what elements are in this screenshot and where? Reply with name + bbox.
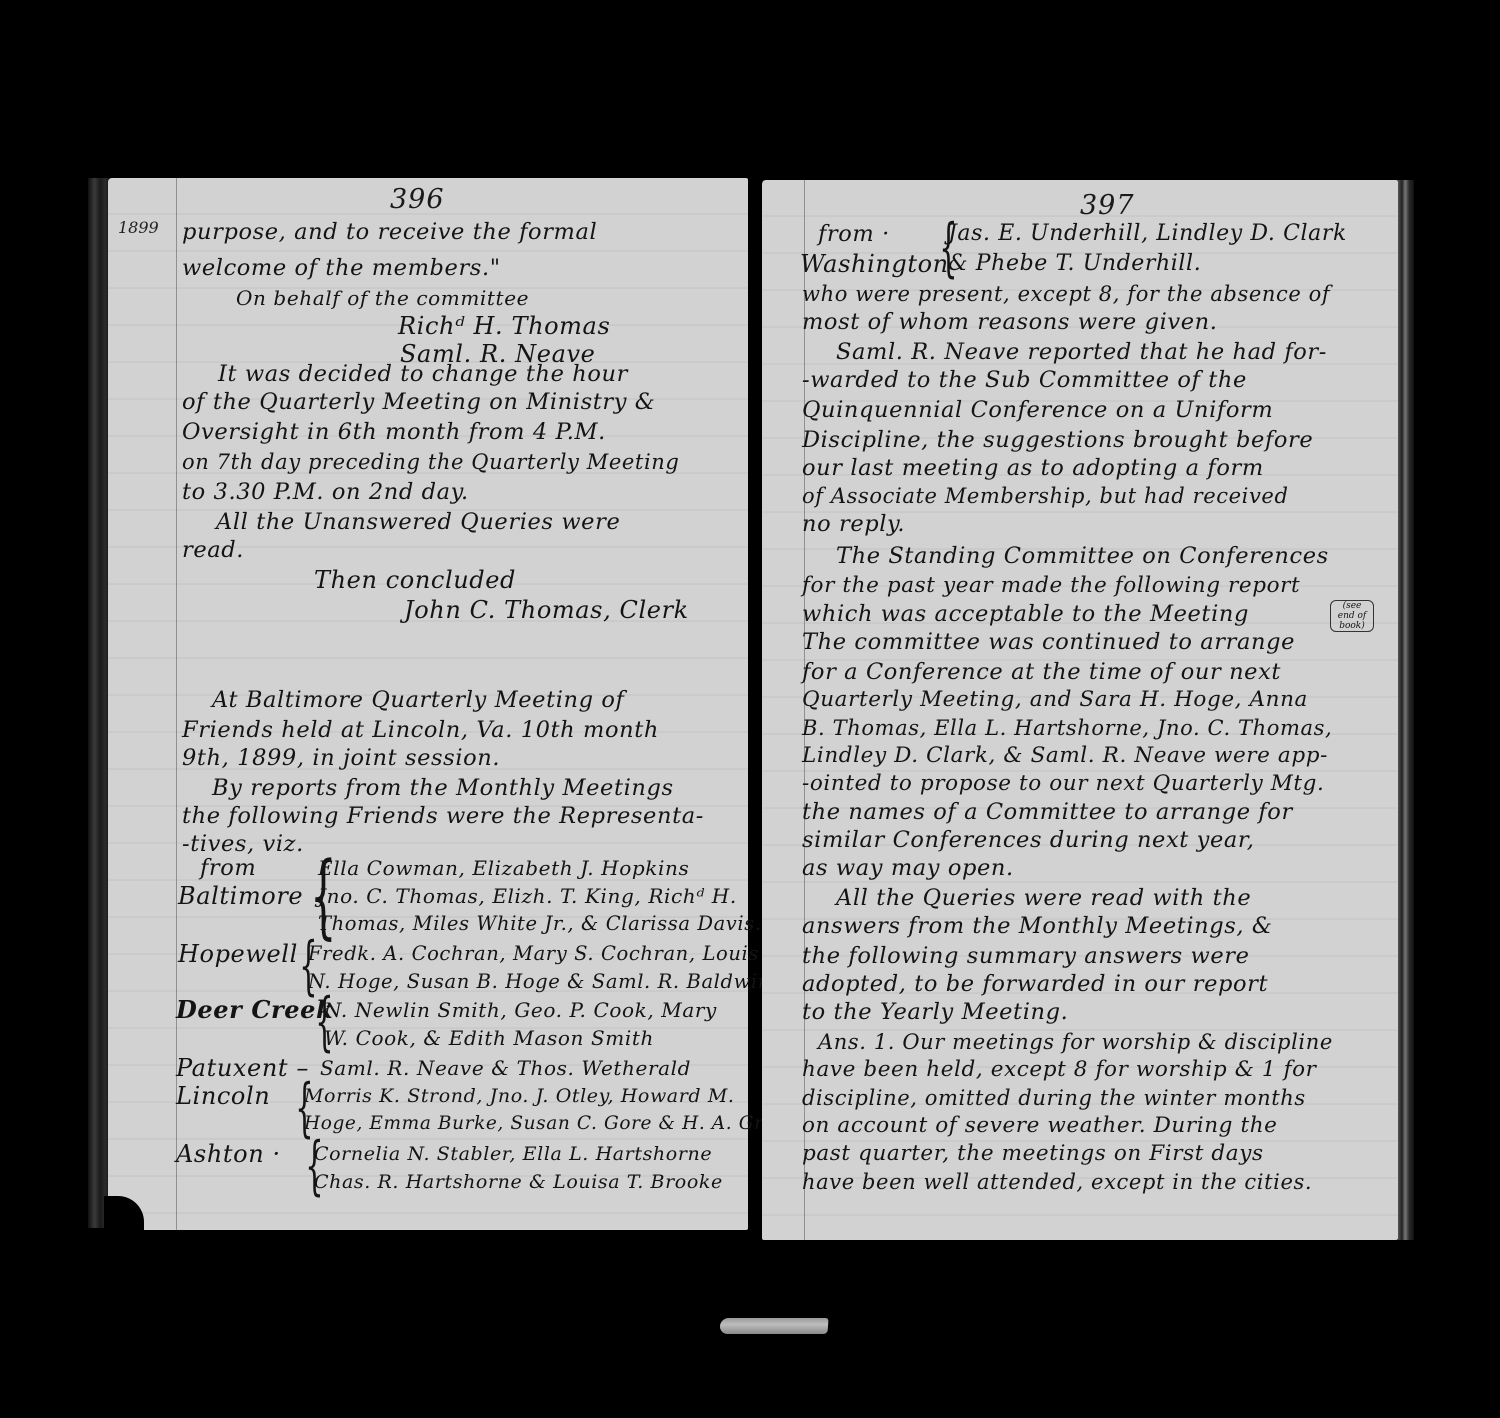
text-line: for a Conference at the time of our next bbox=[802, 658, 1281, 686]
page-corner-wear bbox=[104, 1196, 144, 1232]
text-line: The committee was continued to arrange bbox=[802, 628, 1295, 656]
representative-names: Jno. C. Thomas, Elizh. T. King, Richᵈ H. bbox=[318, 882, 737, 910]
text-line: the names of a Committee to arrange for bbox=[802, 798, 1293, 826]
text-line: on account of severe weather. During the bbox=[802, 1112, 1277, 1140]
text-line: All the Queries were read with the bbox=[836, 884, 1251, 912]
text-line: welcome of the members." bbox=[182, 254, 501, 282]
signature: Richᵈ H. Thomas bbox=[398, 312, 610, 340]
text-line: discipline, omitted during the winter mo… bbox=[802, 1084, 1306, 1112]
text-line: Quinquennial Conference on a Uniform bbox=[802, 396, 1273, 424]
text-line: 9th, 1899, in joint session. bbox=[182, 744, 500, 772]
text-line: -warded to the Sub Committee of the bbox=[802, 366, 1247, 394]
text-line: have been well attended, except in the c… bbox=[802, 1168, 1312, 1196]
left-book-edge bbox=[88, 178, 110, 1228]
left-page: 396 1899 purpose, and to receive the for… bbox=[108, 178, 748, 1230]
text-line: B. Thomas, Ella L. Hartshorne, Jno. C. T… bbox=[802, 714, 1332, 742]
right-page: 397 from · Washington { Jas. E. Underhil… bbox=[762, 180, 1398, 1240]
text-line: who were present, except 8, for the abse… bbox=[802, 280, 1330, 308]
text-line: Lindley D. Clark, & Saml. R. Neave were … bbox=[802, 742, 1328, 770]
representative-names: Jas. E. Underhill, Lindley D. Clark bbox=[948, 220, 1347, 248]
right-book-edge bbox=[1398, 180, 1414, 1240]
text-line: On behalf of the committee bbox=[236, 284, 529, 312]
representative-names: Hoge, Emma Burke, Susan C. Gore & H. A. … bbox=[304, 1110, 800, 1138]
signature: John C. Thomas, Clerk bbox=[404, 596, 689, 624]
text-line: Friends held at Lincoln, Va. 10th month bbox=[182, 716, 659, 744]
representative-names: W. Cook, & Edith Mason Smith bbox=[324, 1024, 654, 1052]
text-line: similar Conferences during next year, bbox=[802, 826, 1255, 854]
text-line: for the past year made the following rep… bbox=[802, 572, 1300, 600]
text-line: Ans. 1. Our meetings for worship & disci… bbox=[818, 1028, 1333, 1056]
text-line: as way may open. bbox=[802, 854, 1014, 882]
text-line: -ointed to propose to our next Quarterly… bbox=[802, 770, 1324, 798]
text-line: our last meeting as to adopting a form bbox=[802, 454, 1264, 482]
book-gutter bbox=[748, 170, 762, 1250]
text-line: on 7th day preceding the Quarterly Meeti… bbox=[182, 448, 679, 476]
text-line: It was decided to change the hour bbox=[218, 360, 628, 388]
representative-names: Morris K. Strond, Jno. J. Otley, Howard … bbox=[304, 1082, 735, 1110]
text-line: Saml. R. Neave reported that he had for- bbox=[836, 338, 1327, 366]
scanned-book-spread: 396 1899 purpose, and to receive the for… bbox=[0, 0, 1500, 1418]
meeting-label: Ashton · bbox=[176, 1140, 281, 1168]
meeting-label: Hopewell bbox=[178, 940, 298, 968]
text-line: All the Unanswered Queries were bbox=[216, 508, 620, 536]
text-line: By reports from the Monthly Meetings bbox=[212, 774, 674, 802]
text-line: Then concluded bbox=[314, 566, 516, 594]
text-line: read. bbox=[182, 536, 244, 564]
text-line: the following Friends were the Represent… bbox=[182, 802, 704, 830]
text-line: no reply. bbox=[802, 510, 905, 538]
text-line: have been held, except 8 for worship & 1… bbox=[802, 1056, 1317, 1084]
marginal-note: (see end of book) bbox=[1330, 600, 1374, 632]
text-line: purpose, and to receive the formal bbox=[182, 218, 597, 246]
text-line: the following summary answers were bbox=[802, 942, 1250, 970]
text-line: answers from the Monthly Meetings, & bbox=[802, 912, 1273, 940]
bookmark-tab bbox=[719, 1318, 828, 1334]
text-line: The Standing Committee on Conferences bbox=[836, 542, 1329, 570]
text-line: past quarter, the meetings on First days bbox=[802, 1140, 1264, 1168]
text-line: Oversight in 6th month from 4 P.M. bbox=[182, 418, 606, 446]
meeting-label: Lincoln bbox=[176, 1082, 270, 1110]
representative-names: Ella Cowman, Elizabeth J. Hopkins bbox=[318, 854, 689, 882]
text-line: At Baltimore Quarterly Meeting of bbox=[212, 686, 624, 714]
representative-names: Cornelia N. Stabler, Ella L. Hartshorne bbox=[314, 1140, 712, 1168]
meeting-label: Deer Creek bbox=[176, 996, 333, 1024]
text-line: Discipline, the suggestions brought befo… bbox=[802, 426, 1313, 454]
meeting-label: Baltimore bbox=[178, 882, 303, 910]
text-line: adopted, to be forwarded in our report bbox=[802, 970, 1268, 998]
text-line: to 3.30 P.M. on 2nd day. bbox=[182, 478, 469, 506]
representative-names: & Phebe T. Underhill. bbox=[948, 250, 1201, 278]
representative-names: Thomas, Miles White Jr., & Clarissa Davi… bbox=[318, 910, 762, 938]
meeting-label: Patuxent – bbox=[176, 1054, 309, 1082]
representative-names: Saml. R. Neave & Thos. Wetherald bbox=[320, 1054, 691, 1082]
text-line: of Associate Membership, but had receive… bbox=[802, 482, 1289, 510]
text-line: of the Quarterly Meeting on Ministry & bbox=[182, 388, 655, 416]
text-line: which was acceptable to the Meeting bbox=[802, 600, 1249, 628]
representative-names: Chas. R. Hartshorne & Louisa T. Brooke bbox=[314, 1168, 723, 1196]
meeting-label: Washington bbox=[800, 250, 949, 278]
margin-year: 1899 bbox=[118, 218, 159, 237]
text-line: Quarterly Meeting, and Sara H. Hoge, Ann… bbox=[802, 686, 1308, 714]
meeting-label: from · bbox=[818, 220, 890, 248]
representative-names: N. Hoge, Susan B. Hoge & Saml. R. Baldwi… bbox=[308, 968, 771, 996]
meeting-label: from bbox=[200, 854, 256, 882]
page-number: 396 bbox=[390, 184, 445, 215]
text-line: most of whom reasons were given. bbox=[802, 308, 1217, 336]
representative-names: N. Newlin Smith, Geo. P. Cook, Mary bbox=[324, 996, 717, 1024]
representative-names: Fredk. A. Cochran, Mary S. Cochran, Loui… bbox=[308, 940, 759, 968]
text-line: to the Yearly Meeting. bbox=[802, 998, 1068, 1026]
page-number: 397 bbox=[1080, 190, 1135, 221]
